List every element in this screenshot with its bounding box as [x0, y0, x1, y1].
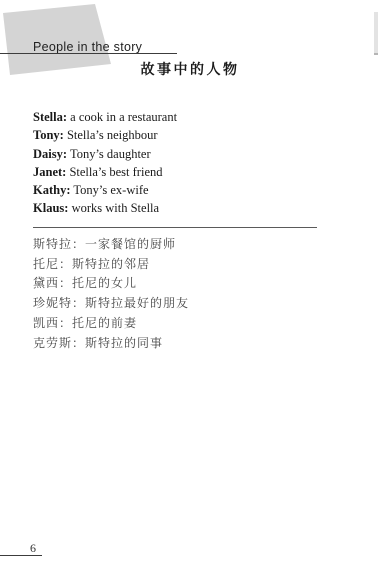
person-desc: 斯特拉最好的朋友 — [85, 296, 189, 310]
page-edge-mark — [374, 12, 378, 54]
running-title: People in the story — [33, 40, 142, 54]
person-desc: 托尼的前妻 — [72, 316, 137, 330]
people-list-english: Stella: a cook in a restaurant Tony: Ste… — [33, 108, 177, 218]
person-desc: Stella’s best friend — [69, 165, 162, 179]
list-item: 凯西：托尼的前妻 — [33, 314, 189, 334]
person-name: 斯特拉： — [33, 237, 85, 251]
person-desc: Stella’s neighbour — [67, 128, 158, 142]
person-desc: works with Stella — [72, 201, 160, 215]
person-desc: 一家餐馆的厨师 — [85, 237, 176, 251]
person-name: Kathy: — [33, 183, 71, 197]
book-page: People in the story 故事中的人物 Stella: a coo… — [0, 0, 378, 579]
list-item: 斯特拉：一家餐馆的厨师 — [33, 235, 189, 255]
person-name: Tony: — [33, 128, 64, 142]
person-desc: 托尼的女儿 — [72, 276, 137, 290]
person-name: Klaus: — [33, 201, 68, 215]
section-divider — [33, 227, 317, 228]
list-item: 黛西：托尼的女儿 — [33, 274, 189, 294]
page-number: 6 — [30, 541, 36, 556]
person-name: 黛西： — [33, 276, 72, 290]
list-item: Janet: Stella’s best friend — [33, 163, 177, 181]
page-edge-tick — [374, 53, 378, 55]
page-title: 故事中的人物 — [110, 59, 270, 79]
person-desc: Tony’s ex-wife — [73, 183, 148, 197]
header-rule — [0, 53, 177, 54]
person-desc: 斯特拉的邻居 — [72, 257, 150, 271]
list-item: 托尼：斯特拉的邻居 — [33, 255, 189, 275]
person-desc: Tony’s daughter — [70, 147, 151, 161]
list-item: Klaus: works with Stella — [33, 199, 177, 217]
person-name: 珍妮特： — [33, 296, 85, 310]
list-item: Tony: Stella’s neighbour — [33, 126, 177, 144]
person-name: Daisy: — [33, 147, 67, 161]
person-desc: a cook in a restaurant — [70, 110, 177, 124]
person-name: 托尼： — [33, 257, 72, 271]
person-name: Janet: — [33, 165, 66, 179]
person-name: Stella: — [33, 110, 67, 124]
list-item: Kathy: Tony’s ex-wife — [33, 181, 177, 199]
page-number-rule — [0, 555, 42, 556]
list-item: 克劳斯：斯特拉的同事 — [33, 334, 189, 354]
person-desc: 斯特拉的同事 — [85, 336, 163, 350]
list-item: 珍妮特：斯特拉最好的朋友 — [33, 294, 189, 314]
person-name: 凯西： — [33, 316, 72, 330]
person-name: 克劳斯： — [33, 336, 85, 350]
list-item: Stella: a cook in a restaurant — [33, 108, 177, 126]
list-item: Daisy: Tony’s daughter — [33, 145, 177, 163]
people-list-chinese: 斯特拉：一家餐馆的厨师 托尼：斯特拉的邻居 黛西：托尼的女儿 珍妮特：斯特拉最好… — [33, 235, 189, 353]
